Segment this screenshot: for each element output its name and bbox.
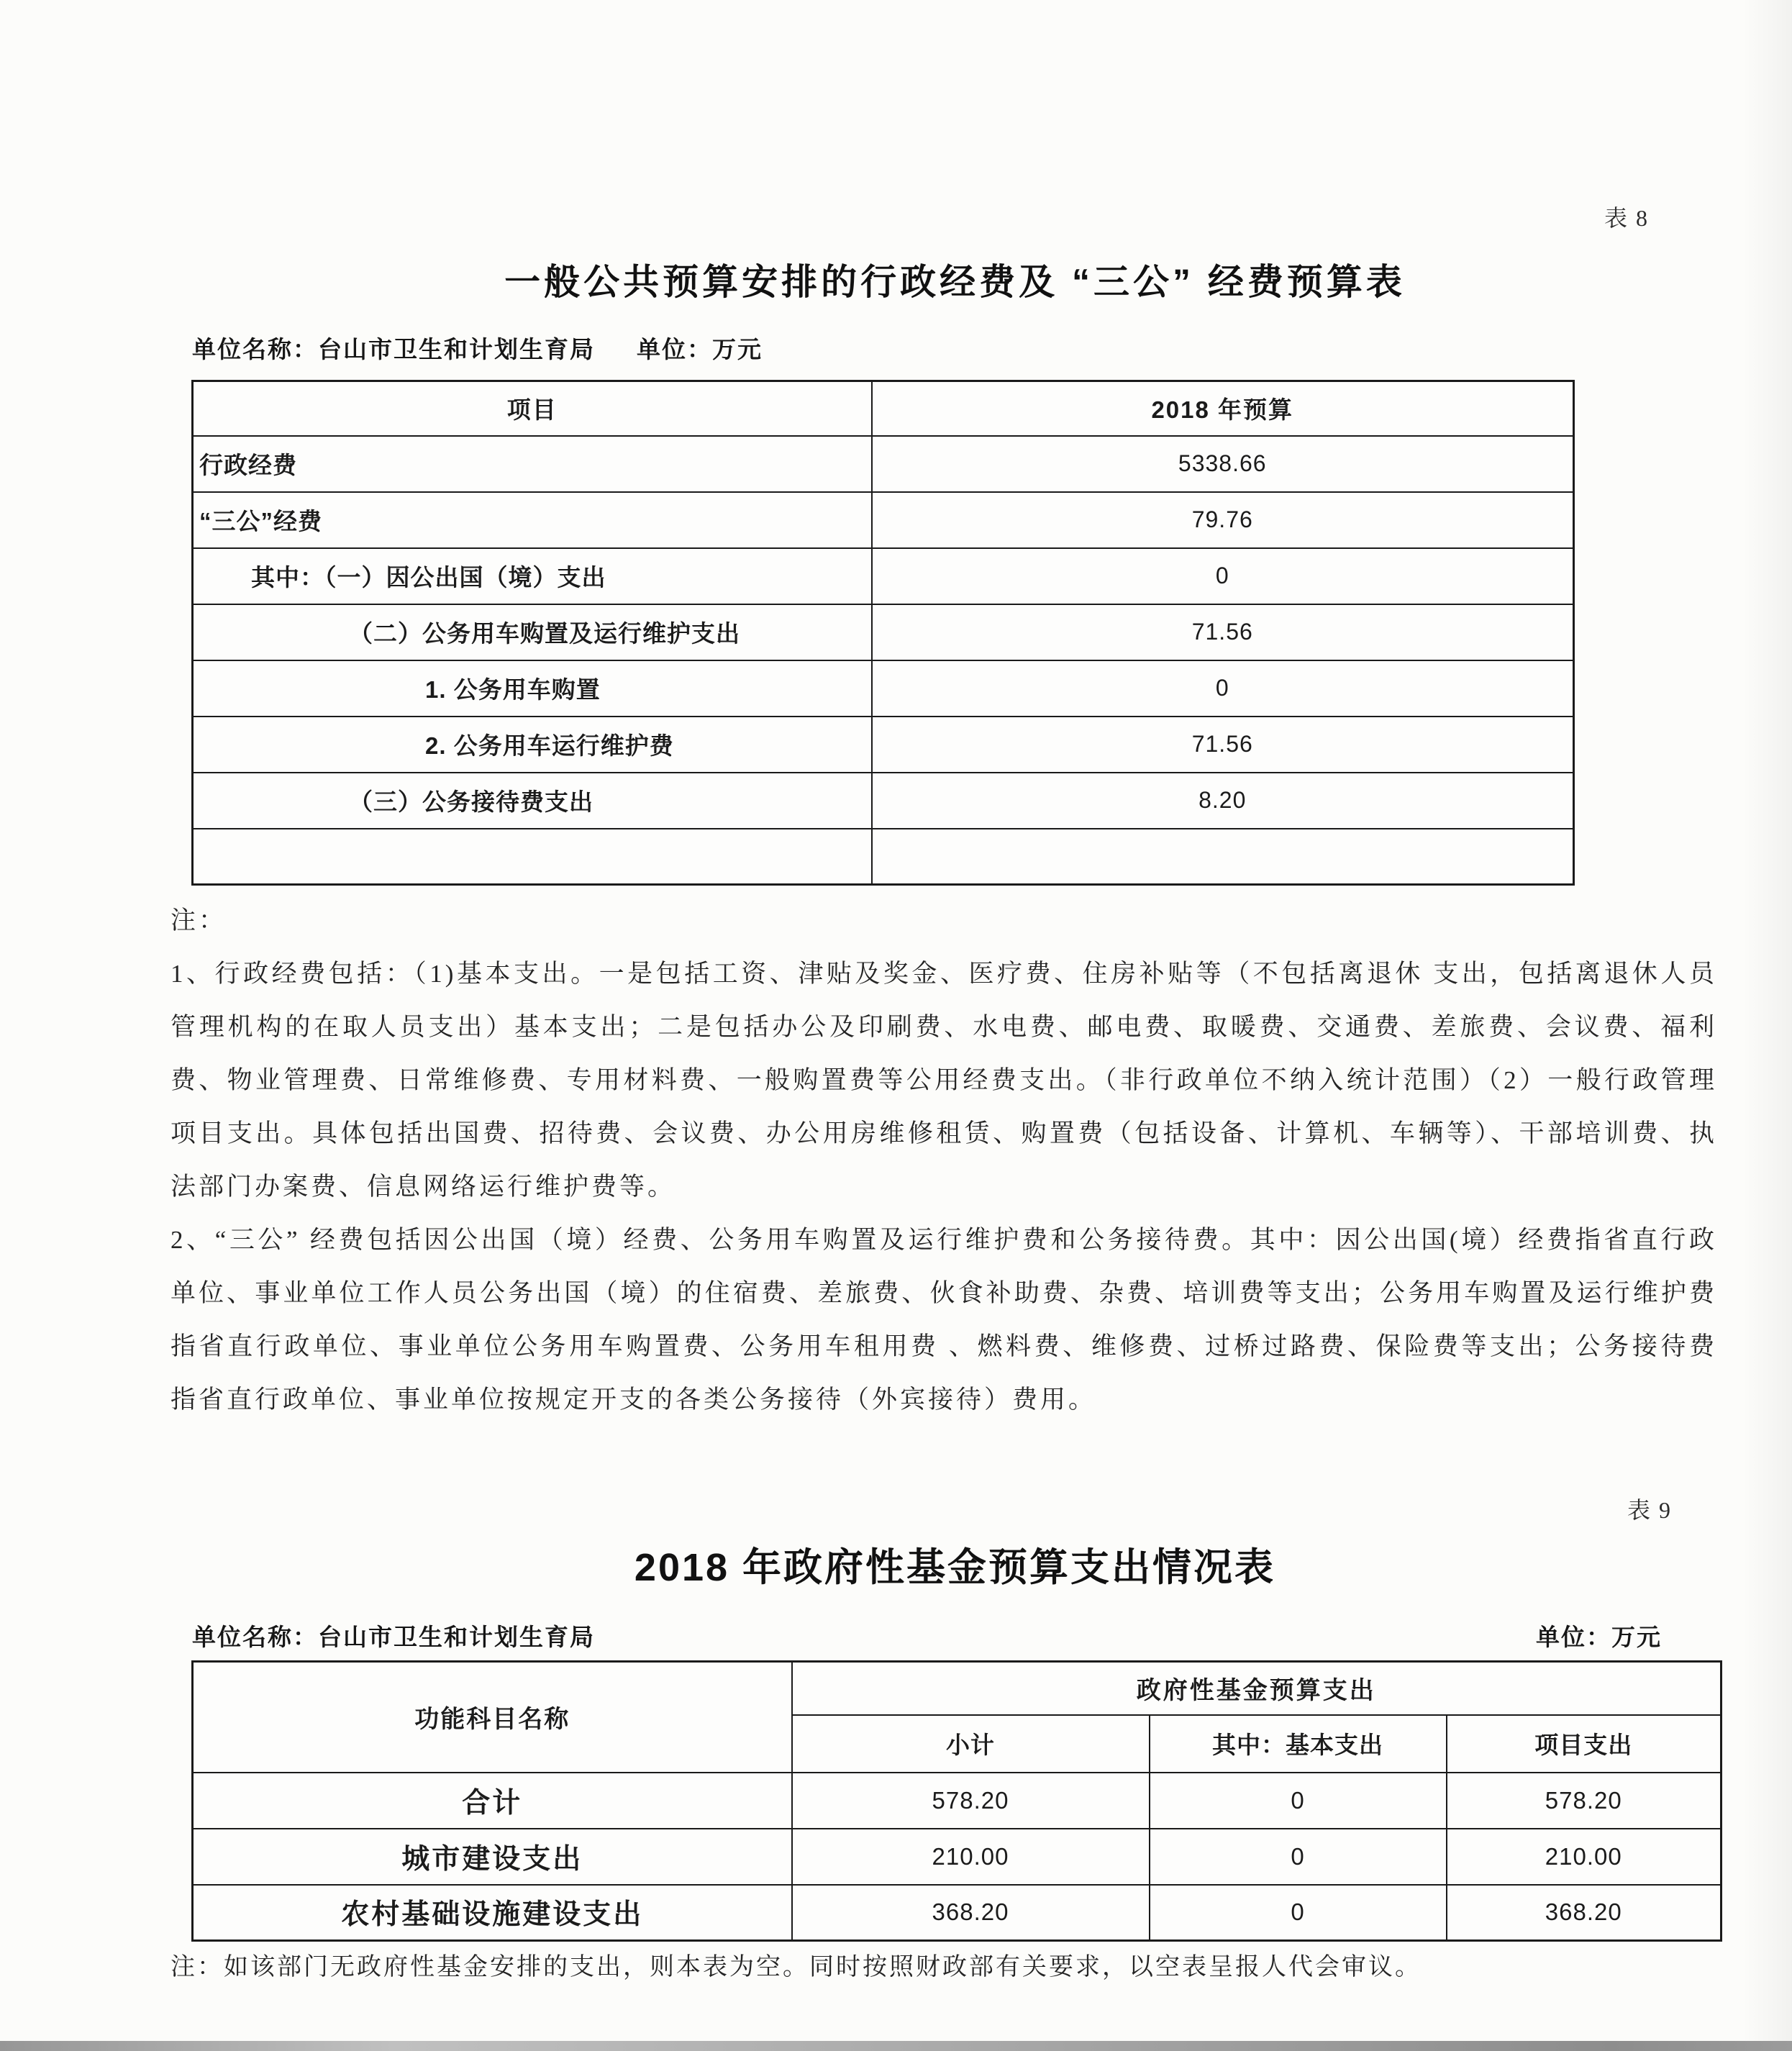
table-header-row: 项目 2018 年预算 <box>193 381 1574 436</box>
column-header-subtotal: 小计 <box>792 1715 1150 1773</box>
unit-name-label: 单位名称： <box>192 1624 318 1650</box>
section1-title: 一般公共预算安排的行政经费及 “三公” 经费预算表 <box>191 253 1719 305</box>
row-subtotal: 210.00 <box>792 1829 1150 1885</box>
unit-group: 单位：万元 <box>1536 1619 1662 1652</box>
scan-edge-shading <box>1742 0 1792 2051</box>
row-value: 79.76 <box>872 492 1574 548</box>
row-label: 城市建设支出 <box>193 1829 792 1885</box>
column-header-item: 项目 <box>193 381 872 436</box>
table-row: （三）公务接待费支出 8.20 <box>193 773 1574 829</box>
row-basic: 0 <box>1150 1885 1447 1941</box>
table-row: 农村基础设施建设支出 368.20 0 368.20 <box>193 1885 1721 1941</box>
table-row: “三公”经费 79.76 <box>193 492 1574 548</box>
row-label <box>193 829 872 885</box>
unit-name-group: 单位名称：台山市卫生和计划生育局 <box>192 1619 595 1652</box>
table8-tag: 表 8 <box>1604 200 1649 233</box>
row-label: 农村基础设施建设支出 <box>193 1885 792 1941</box>
scanned-budget-document: 表 8 一般公共预算安排的行政经费及 “三公” 经费预算表 单位名称：台山市卫生… <box>0 0 1792 2051</box>
unit-label: 单位： <box>1536 1624 1611 1650</box>
row-label: （二）公务用车购置及运行维护支出 <box>193 604 872 660</box>
column-header-basic: 其中：基本支出 <box>1150 1715 1447 1773</box>
row-label: 其中：（一）因公出国（境）支出 <box>193 548 872 604</box>
table-row: 1. 公务用车购置 0 <box>193 660 1574 717</box>
row-project: 210.00 <box>1447 1829 1721 1885</box>
column-header-budget-2018: 2018 年预算 <box>872 381 1574 436</box>
unit-value: 万元 <box>712 336 763 363</box>
group-header-fund-expenditure: 政府性基金预算支出 <box>792 1662 1721 1715</box>
row-value: 5338.66 <box>872 436 1574 492</box>
unit-name-value: 台山市卫生和计划生育局 <box>318 1624 595 1650</box>
unit-name-value: 台山市卫生和计划生育局 <box>318 336 595 363</box>
row-subtotal: 368.20 <box>792 1885 1150 1941</box>
row-subtotal: 578.20 <box>792 1773 1150 1829</box>
notes-label: 注： <box>170 894 1717 947</box>
table-row: （二）公务用车购置及运行维护支出 71.56 <box>193 604 1574 660</box>
row-value: 8.20 <box>872 773 1574 829</box>
row-value: 71.56 <box>872 717 1574 773</box>
note-item: 1、行政经费包括：（1)基本支出。一是包括工资、津贴及奖金、医疗费、住房补贴等（… <box>170 947 1717 1214</box>
row-value: 0 <box>872 660 1574 717</box>
table-row: 2. 公务用车运行维护费 71.56 <box>193 717 1574 773</box>
section1-unit-line: 单位名称：台山市卫生和计划生育局单位：万元 <box>192 331 763 365</box>
row-label: “三公”经费 <box>193 492 872 548</box>
table-header-row-1: 功能科目名称 政府性基金预算支出 <box>193 1662 1721 1715</box>
column-header-function: 功能科目名称 <box>193 1662 792 1773</box>
table9-tag: 表 9 <box>1627 1492 1672 1525</box>
row-basic: 0 <box>1150 1829 1447 1885</box>
unit-label: 单位： <box>637 336 712 363</box>
admin-expenses-table: 项目 2018 年预算 行政经费 5338.66 “三公”经费 79.76 其中… <box>191 380 1575 886</box>
row-label: 2. 公务用车运行维护费 <box>193 717 872 773</box>
section2-title: 2018 年政府性基金预算支出情况表 <box>191 1537 1719 1592</box>
table-row: 行政经费 5338.66 <box>193 436 1574 492</box>
table-row-empty <box>193 829 1574 885</box>
unit-name-label: 单位名称： <box>192 336 318 363</box>
row-label: 1. 公务用车购置 <box>193 660 872 717</box>
row-basic: 0 <box>1150 1773 1447 1829</box>
government-fund-table: 功能科目名称 政府性基金预算支出 小计 其中：基本支出 项目支出 合计 578.… <box>191 1660 1722 1942</box>
row-label: 行政经费 <box>193 436 872 492</box>
column-header-project: 项目支出 <box>1447 1715 1721 1773</box>
table-row: 城市建设支出 210.00 0 210.00 <box>193 1829 1721 1885</box>
scan-edge-bottom <box>0 2041 1792 2051</box>
row-label: （三）公务接待费支出 <box>193 773 872 829</box>
row-project: 578.20 <box>1447 1773 1721 1829</box>
table-row: 合计 578.20 0 578.20 <box>193 1773 1721 1829</box>
row-value <box>872 829 1574 885</box>
table-row: 其中：（一）因公出国（境）支出 0 <box>193 548 1574 604</box>
section2-note: 注：如该部门无政府性基金安排的支出，则本表为空。同时按照财政部有关要求，以空表呈… <box>170 1947 1717 1982</box>
section1-notes: 注： 1、行政经费包括：（1)基本支出。一是包括工资、津贴及奖金、医疗费、住房补… <box>170 894 1717 1427</box>
note-item: 2、“三公” 经费包括因公出国（境）经费、公务用车购置及运行维护费和公务接待费。… <box>170 1214 1717 1427</box>
row-value: 71.56 <box>872 604 1574 660</box>
row-label: 合计 <box>193 1773 792 1829</box>
row-value: 0 <box>872 548 1574 604</box>
section2-unit-line: 单位名称：台山市卫生和计划生育局 单位：万元 <box>192 1619 1662 1652</box>
row-project: 368.20 <box>1447 1885 1721 1941</box>
unit-value: 万元 <box>1611 1624 1662 1650</box>
